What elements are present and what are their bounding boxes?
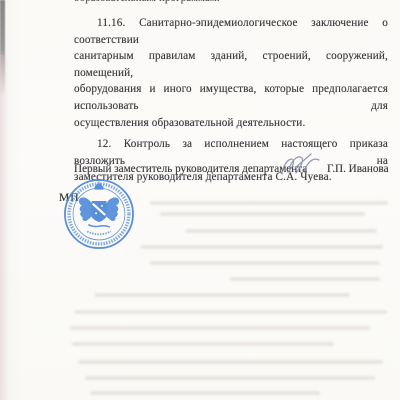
scan-edge-tint bbox=[0, 55, 9, 400]
bleed-through-line bbox=[95, 293, 350, 297]
seal-bottom-text bbox=[87, 231, 111, 234]
bleed-through-line bbox=[75, 310, 387, 314]
item-11-16-line-2: санитарным правилам зданий, строений, со… bbox=[74, 48, 388, 81]
bleed-through-line bbox=[230, 277, 380, 281]
bleed-through-line bbox=[150, 261, 380, 265]
seal-right-eagle-icon bbox=[105, 197, 119, 221]
bleed-through-line bbox=[185, 229, 377, 233]
bleed-through-line bbox=[78, 360, 383, 364]
item-11-16-line-1: 11.16. Санитарно-эпидемиологическое закл… bbox=[74, 15, 388, 48]
bleed-through-line bbox=[160, 212, 365, 216]
signatory-title: Первый заместитель руководителя департам… bbox=[74, 163, 307, 175]
item-11-16-line-4: осуществления образовательной деятельнос… bbox=[74, 115, 388, 132]
document-page: образовательным программам. 11.16. Санит… bbox=[0, 0, 400, 400]
bleed-through-line bbox=[85, 376, 375, 380]
bleed-through-line bbox=[70, 326, 370, 330]
seal-left-eagle-icon bbox=[79, 197, 93, 221]
bleed-through-line bbox=[140, 245, 383, 249]
bleed-through-line bbox=[150, 201, 388, 205]
signatory-name: Г.П. Иванова bbox=[327, 163, 389, 175]
document-body: 11.16. Санитарно-эпидемиологическое закл… bbox=[74, 15, 388, 186]
seal-shield-icon bbox=[92, 201, 107, 222]
bleed-through-line bbox=[72, 342, 334, 346]
clipped-top-line: образовательным программам. bbox=[74, 0, 220, 4]
handwritten-signature bbox=[280, 152, 324, 179]
official-round-seal bbox=[62, 177, 136, 251]
item-11-16-line-3: оборудования и иного имущества, которые … bbox=[74, 81, 388, 114]
seal-ribbon-icon bbox=[88, 225, 109, 227]
bleed-through-line bbox=[90, 391, 320, 395]
